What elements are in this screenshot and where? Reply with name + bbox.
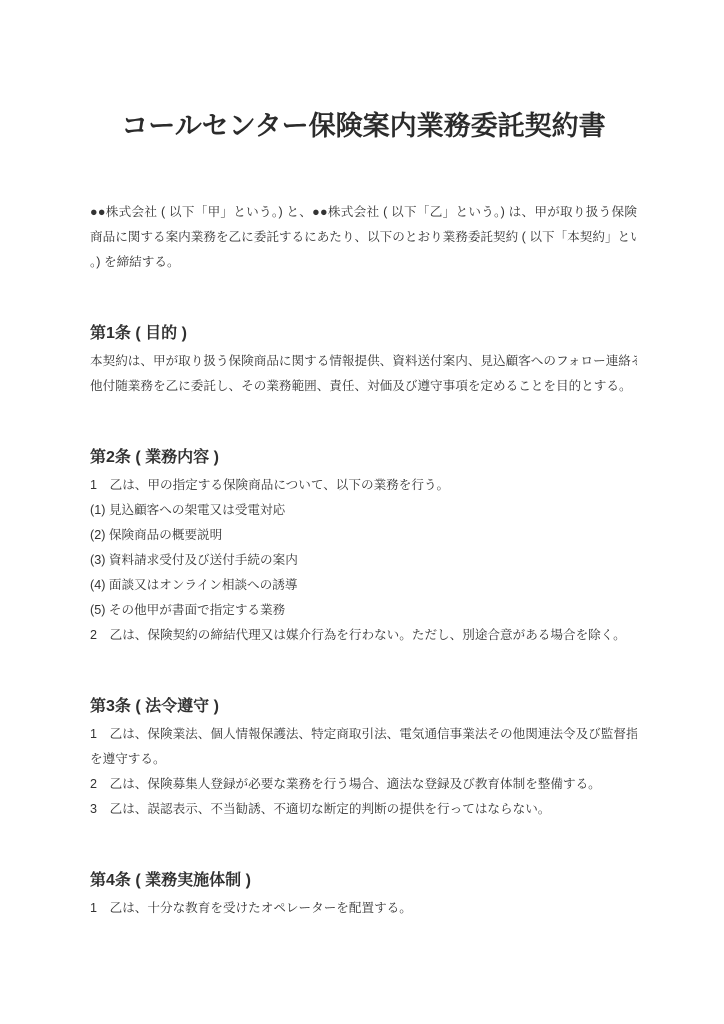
article-1-clause: 本契約は、甲が取り扱う保険商品に関する情報提供、資料送付案内、見込顧客へのフォロ… <box>90 349 637 374</box>
article-1-heading: 第1条 ( 目的 ) <box>90 319 637 349</box>
section-article-4: 第4条 ( 業務実施体制 ) 1 乙は、十分な教育を受けたオペレーターを配置する… <box>90 866 637 921</box>
article-3-clause: 2 乙は、保険募集人登録が必要な業務を行う場合、適法な登録及び教育体制を整備する… <box>90 772 637 797</box>
article-2-list-item: (1) 見込顧客への架電又は受電対応 <box>90 498 637 523</box>
article-2-clause: 2 乙は、保険契約の締結代理又は媒介行為を行わない。ただし、別途合意がある場合を… <box>90 623 637 648</box>
preamble-line: ●●株式会社 ( 以下「甲」という。) と、●●株式会社 ( 以下「乙」という。… <box>90 200 637 225</box>
article-2-heading: 第2条 ( 業務内容 ) <box>90 443 637 473</box>
document-title: コールセンター保険案内業務委託契約書 <box>90 109 637 143</box>
article-2-list-item: (2) 保険商品の概要説明 <box>90 523 637 548</box>
article-3-clause: 3 乙は、誤認表示、不当勧誘、不適切な断定的判断の提供を行ってはならない。 <box>90 797 637 822</box>
article-3-heading: 第3条 ( 法令遵守 ) <box>90 692 637 722</box>
article-4-clause: 1 乙は、十分な教育を受けたオペレーターを配置する。 <box>90 896 637 921</box>
article-1-clause: 他付随業務を乙に委託し、その業務範囲、責任、対価及び遵守事項を定めることを目的と… <box>90 374 637 399</box>
section-article-3: 第3条 ( 法令遵守 ) 1 乙は、保険業法、個人情報保護法、特定商取引法、電気… <box>90 692 637 822</box>
article-2-list-item: (4) 面談又はオンライン相談への誘導 <box>90 573 637 598</box>
section-article-1: 第1条 ( 目的 ) 本契約は、甲が取り扱う保険商品に関する情報提供、資料送付案… <box>90 319 637 399</box>
article-4-heading: 第4条 ( 業務実施体制 ) <box>90 866 637 896</box>
article-3-clause: 1 乙は、保険業法、個人情報保護法、特定商取引法、電気通信事業法その他関連法令及… <box>90 722 637 747</box>
article-2-list-item: (5) その他甲が書面で指定する業務 <box>90 598 637 623</box>
preamble: ●●株式会社 ( 以下「甲」という。) と、●●株式会社 ( 以下「乙」という。… <box>90 200 637 275</box>
preamble-line: 商品に関する案内業務を乙に委託するにあたり、以下のとおり業務委託契約 ( 以下「… <box>90 225 637 250</box>
article-3-clause: を遵守する。 <box>90 747 637 772</box>
article-2-clause: 1 乙は、甲の指定する保険商品について、以下の業務を行う。 <box>90 473 637 498</box>
article-2-list-item: (3) 資料請求受付及び送付手続の案内 <box>90 548 637 573</box>
contract-document-page: コールセンター保険案内業務委託契約書 ●●株式会社 ( 以下「甲」という。) と… <box>0 0 724 1024</box>
section-article-2: 第2条 ( 業務内容 ) 1 乙は、甲の指定する保険商品について、以下の業務を行… <box>90 443 637 648</box>
preamble-line: 。) を締結する。 <box>90 250 637 275</box>
